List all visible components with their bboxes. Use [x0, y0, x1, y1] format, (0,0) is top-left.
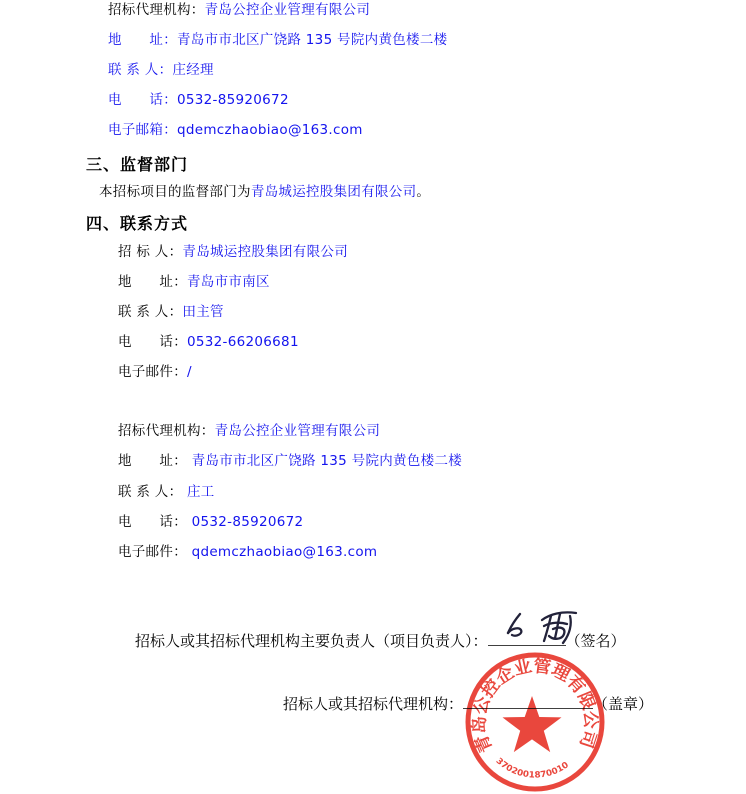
- row-label: 地 址：: [118, 274, 187, 290]
- section3-body-suffix: 。: [416, 184, 430, 200]
- row-label: 地 址：: [108, 32, 177, 48]
- tenderer-row-person: 联 系 人：田主管: [118, 304, 224, 321]
- contact-row-phone: 电 话：0532-85920672: [108, 92, 289, 109]
- tenderer-row-email: 电子邮件：/: [118, 364, 192, 381]
- seal-line-suffix: （盖章）: [593, 695, 653, 713]
- section3-body-prefix: 本招标项目的监督部门为: [99, 184, 251, 200]
- tenderer-row-address: 地 址：青岛市市南区: [118, 274, 270, 291]
- contact-row-address: 地 址：青岛市市北区广饶路 135 号院内黄色楼二楼: [108, 32, 447, 49]
- contact-row-agency-name: 招标代理机构：青岛公控企业管理有限公司: [108, 2, 370, 19]
- row-value: 田主管: [182, 304, 223, 320]
- row-value: 青岛市市北区广饶路 135 号院内黄色楼二楼: [187, 453, 462, 469]
- row-value: qdemczhaobiao@163.com: [177, 122, 363, 138]
- row-value: 庄工: [182, 484, 214, 500]
- row-value: 青岛城运控股集团有限公司: [182, 244, 348, 260]
- row-label: 电子邮箱：: [108, 122, 177, 138]
- row-label: 招标代理机构：: [118, 423, 215, 439]
- row-label: 电 话：: [118, 514, 187, 530]
- row-label: 地 址：: [118, 453, 187, 469]
- seal-line: 招标人或其招标代理机构：（盖章）: [283, 694, 653, 714]
- row-label: 电 话：: [118, 334, 187, 350]
- row-label: 联 系 人：: [118, 484, 182, 500]
- agency2-row-person: 联 系 人： 庄工: [118, 484, 215, 501]
- contact-row-email: 电子邮箱：qdemczhaobiao@163.com: [108, 122, 363, 139]
- row-label: 联 系 人：: [118, 304, 182, 320]
- row-value: 0532-66206681: [187, 334, 299, 350]
- row-value: qdemczhaobiao@163.com: [187, 544, 377, 560]
- contact-row-person: 联 系 人：庄经理: [108, 62, 214, 79]
- seal-line-label: 招标人或其招标代理机构：: [283, 695, 463, 713]
- row-label: 联 系 人：: [108, 62, 172, 78]
- section4-heading: 四、联系方式: [86, 211, 188, 234]
- tenderer-row-name: 招 标 人：青岛城运控股集团有限公司: [118, 244, 348, 261]
- agency2-row-email: 电子邮件： qdemczhaobiao@163.com: [118, 544, 377, 561]
- row-label: 招标代理机构：: [108, 2, 205, 18]
- row-label: 电子邮件：: [118, 544, 187, 560]
- handwritten-signature: [498, 608, 586, 654]
- row-label: 电 话：: [108, 92, 177, 108]
- signature-line-label: 招标人或其招标代理机构主要负责人（项目负责人）：: [135, 632, 488, 650]
- row-value: 青岛市市南区: [187, 274, 270, 290]
- row-value: 0532-85920672: [187, 514, 303, 530]
- section3-heading: 三、监督部门: [86, 152, 188, 175]
- row-label: 电子邮件：: [118, 364, 187, 380]
- stamp-ring: [468, 655, 602, 789]
- document-page: { "colors": { "link_blue": "#1414ee", "t…: [0, 0, 746, 794]
- seal-blank-line: [463, 694, 593, 709]
- company-seal-stamp: 青岛公控企业管理有限公司 3702001870010: [449, 651, 621, 794]
- row-value: 青岛公控企业管理有限公司: [215, 423, 381, 439]
- section3-supervisor-company: 青岛城运控股集团有限公司: [251, 184, 417, 200]
- row-value: 青岛公控企业管理有限公司: [205, 2, 371, 18]
- row-value: /: [187, 364, 192, 380]
- agency2-row-name: 招标代理机构：青岛公控企业管理有限公司: [118, 423, 380, 440]
- tenderer-row-phone: 电 话：0532-66206681: [118, 334, 299, 351]
- row-value: 青岛市市北区广饶路 135 号院内黄色楼二楼: [177, 32, 447, 48]
- section3-body: 本招标项目的监督部门为青岛城运控股集团有限公司。: [99, 184, 430, 201]
- row-label: 招 标 人：: [118, 244, 182, 260]
- agency2-row-address: 地 址： 青岛市市北区广饶路 135 号院内黄色楼二楼: [118, 453, 462, 470]
- agency2-row-phone: 电 话： 0532-85920672: [118, 514, 303, 531]
- stamp-code-text: 3702001870010: [494, 756, 571, 781]
- row-value: 0532-85920672: [177, 92, 289, 108]
- row-value: 庄经理: [172, 62, 213, 78]
